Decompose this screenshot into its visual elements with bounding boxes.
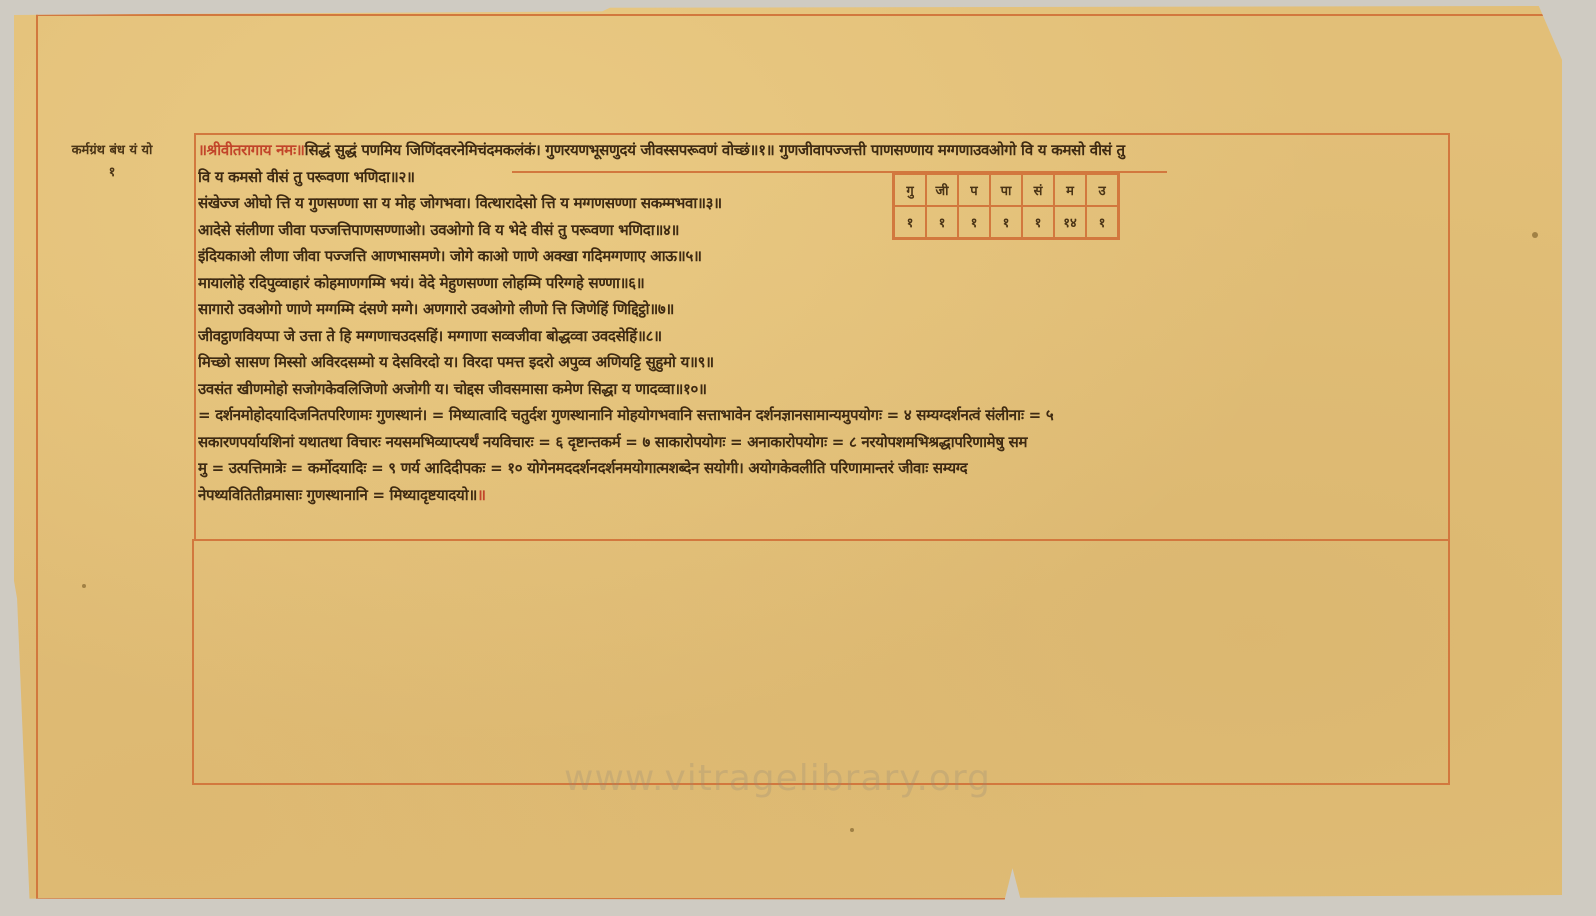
- table-cell: गु: [894, 174, 927, 207]
- blank-lower-frame: [192, 539, 1450, 785]
- text-line-6: मायालोहे रदिपुव्वाहारं कोहमाणगम्मि भयं। …: [198, 270, 888, 297]
- table-cell: १: [894, 206, 927, 239]
- text-line-11: = दर्शनमोहोदयादिजनितपरिणामः गुणस्थानं। =…: [198, 402, 1442, 429]
- text-block: ॥श्रीवीतरागाय नमः॥सिद्धं सुद्धं पणमिय जि…: [198, 137, 1442, 508]
- table-cell: पा: [990, 174, 1022, 207]
- table-cell: १: [1022, 206, 1054, 239]
- table-cell: १: [1086, 206, 1119, 239]
- table-cell: सं: [1022, 174, 1054, 207]
- text-line-4: आदेसे संलीणा जीवा पज्जत्तिपाणसण्णाओ। उवओ…: [198, 217, 888, 244]
- margin-note: कर्मग्रंथ बंध यं यो १: [42, 140, 182, 184]
- manuscript-page: कर्मग्रंथ बंध यं यो १ ॥श्रीवीतरागाय नमः॥…: [14, 6, 1562, 904]
- table-cell: जी: [926, 174, 958, 207]
- table-cell: प: [958, 174, 990, 207]
- ink-spot: [1532, 232, 1538, 238]
- table-cell: उ: [1086, 174, 1119, 207]
- text-line-5: इंदियकाओ लीणा जीवा पज्जत्ति आणभासमणे। जो…: [198, 243, 888, 270]
- table-cell: १: [958, 206, 990, 239]
- folio-number: १: [42, 162, 182, 184]
- text-line-13: मु = उत्पत्तिमात्रेः = कर्मोदयादिः = ९ ण…: [198, 455, 1442, 482]
- ink-spot: [850, 828, 854, 832]
- text-line-8: जीवट्ठाणवियप्पा जे उत्ता ते हि मग्गणाचउद…: [198, 323, 888, 350]
- text-line-2: वि य कमसो वीसं तु परूवणा भणिदा॥२॥: [198, 164, 888, 191]
- invocation-rubric: ॥श्रीवीतरागाय नमः॥: [198, 141, 305, 159]
- table-cell: १४: [1054, 206, 1086, 239]
- text-line-14: नेपथ्यवितितीव्रमासाः गुणस्थानानि = मिथ्य…: [198, 482, 1442, 509]
- table-cell: १: [926, 206, 958, 239]
- ink-spot: [82, 584, 86, 588]
- table-header-row: गु जी प पा सं म उ: [894, 174, 1119, 207]
- table-cell: १: [990, 206, 1022, 239]
- watermark: www.vitragelibrary.org: [564, 758, 991, 799]
- table-cell: म: [1054, 174, 1086, 207]
- text-line-9: मिच्छो सासण मिस्सो अविरदसम्मो य देसविरदो…: [198, 349, 943, 376]
- text-line-3: संखेज्ज ओघो त्ति य गुणसण्णा सा य मोह जोग…: [198, 190, 888, 217]
- text-line-7: सागारो उवओगो णाणे मग्गम्मि दंसणे मग्गे। …: [198, 296, 888, 323]
- margin-title: कर्मग्रंथ बंध यं यो: [42, 140, 182, 162]
- text-line-1: ॥श्रीवीतरागाय नमः॥सिद्धं सुद्धं पणमिय जि…: [198, 137, 1442, 164]
- text-line-10: उवसंत खीणमोहो सजोगकेवलिजिणो अजोगी य। चोद…: [198, 376, 943, 403]
- table-value-row: १ १ १ १ १ १४ १: [894, 206, 1119, 239]
- count-table: गु जी प पा सं म उ १ १ १ १ १ १४ १: [892, 172, 1120, 240]
- text-line-12: सकारणपर्यायशिनां यथातथा विचारः नयसमभिव्य…: [198, 429, 1442, 456]
